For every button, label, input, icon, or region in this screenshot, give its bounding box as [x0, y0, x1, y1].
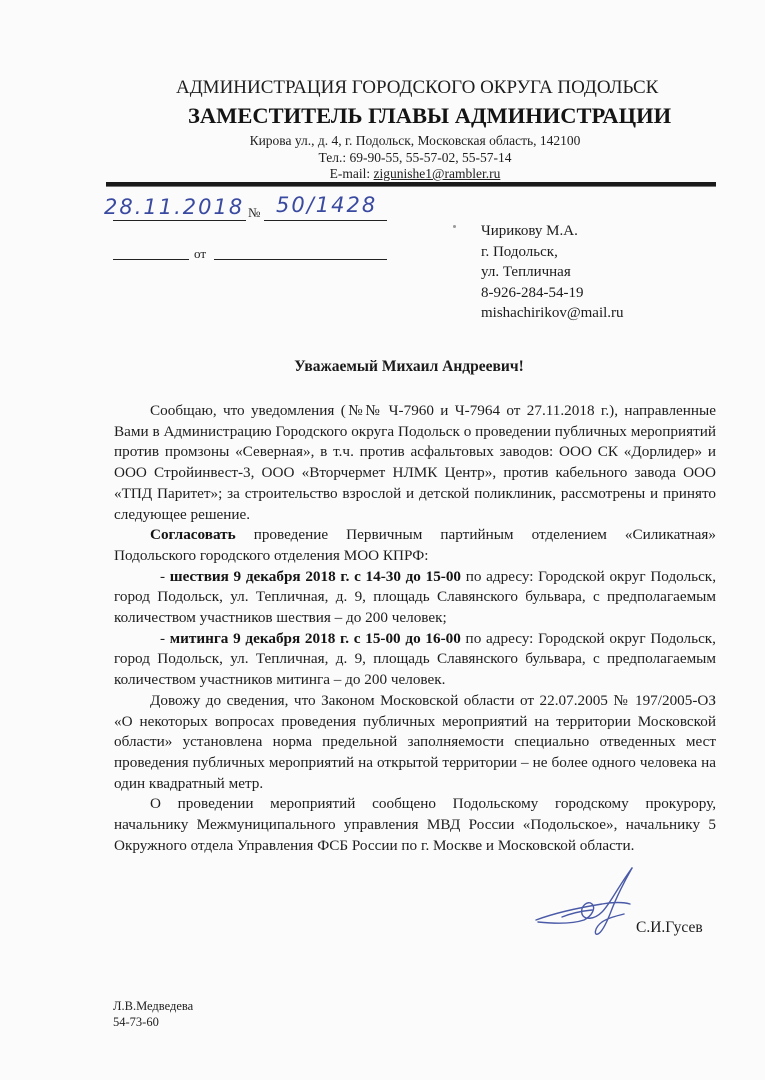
letter-page: АДМИНИСТРАЦИЯ ГОРОДСКОГО ОКРУГА ПОДОЛЬСК… [0, 0, 765, 1080]
paragraph-notification: Сообщаю, что уведомления (№№ Ч-7960 и Ч-… [114, 401, 716, 525]
recipient-phone: 8-926-284-54-19 [481, 283, 624, 304]
organization-name: АДМИНИСТРАЦИЯ ГОРОДСКОГО ОКРУГА ПОДОЛЬСК [176, 77, 658, 99]
recipient-email: mishachirikov@mail.ru [481, 303, 624, 324]
paragraph-decision: Согласовать проведение Первичным партийн… [114, 525, 716, 566]
number-label: № [248, 205, 260, 221]
march-date-time: шествия 9 декабря 2018 г. с 14-30 до 15-… [170, 568, 461, 585]
decision-keyword: Согласовать [150, 526, 236, 543]
recipient-city: г. Подольск, [481, 242, 624, 263]
recipient-street: ул. Тепличная [481, 262, 624, 283]
ref-date-underline [214, 259, 387, 260]
ref-number-underline [113, 259, 189, 260]
recipient-block: Чирикову М.А. г. Подольск, ул. Тепличная… [481, 221, 624, 324]
executor-block: Л.В.Медведева 54-73-60 [113, 998, 193, 1030]
organization-phone: Тел.: 69-90-55, 55-57-02, 55-57-14 [0, 150, 765, 167]
executor-phone: 54-73-60 [113, 1014, 193, 1030]
handwritten-signature-icon [532, 862, 652, 942]
letter-body: Сообщаю, что уведомления (№№ Ч-7960 и Ч-… [114, 401, 716, 856]
list-item-march: - шествия 9 декабря 2018 г. с 14-30 до 1… [114, 567, 716, 629]
paragraph-law-notice: Довожу до сведения, что Законом Московск… [114, 691, 716, 795]
recipient-name: Чирикову М.А. [481, 221, 624, 242]
email-label: E-mail: [330, 166, 374, 181]
signer-name: С.И.Гусев [636, 919, 703, 937]
position-title: ЗАМЕСТИТЕЛЬ ГЛАВЫ АДМИНИСТРАЦИИ [188, 103, 671, 129]
scan-speck [453, 225, 456, 228]
salutation: Уважаемый Михаил Андреевич! [0, 358, 765, 376]
paragraph-notified-authorities: О проведении мероприятий сообщено Подоль… [114, 794, 716, 856]
number-underline [264, 220, 387, 221]
executor-name: Л.В.Медведева [113, 998, 193, 1014]
organization-contacts: Кирова ул., д. 4, г. Подольск, Московска… [0, 133, 765, 183]
list-item-rally: - митинга 9 декабря 2018 г. с 15-00 до 1… [114, 629, 716, 691]
handwritten-date: 28.11.2018 [104, 195, 244, 219]
letterhead-divider [106, 182, 716, 187]
organization-email-line: E-mail: zigunishe1@rambler.ru [0, 166, 765, 183]
organization-address: Кирова ул., д. 4, г. Подольск, Московска… [0, 133, 765, 150]
from-label: от [194, 246, 206, 262]
list-bullet: - [160, 630, 170, 647]
date-underline [113, 220, 246, 221]
list-bullet: - [160, 568, 170, 585]
organization-email-link[interactable]: zigunishe1@rambler.ru [374, 166, 501, 181]
rally-date-time: митинга 9 декабря 2018 г. с 15-00 до 16-… [170, 630, 461, 647]
handwritten-number: 50/1428 [276, 193, 377, 217]
